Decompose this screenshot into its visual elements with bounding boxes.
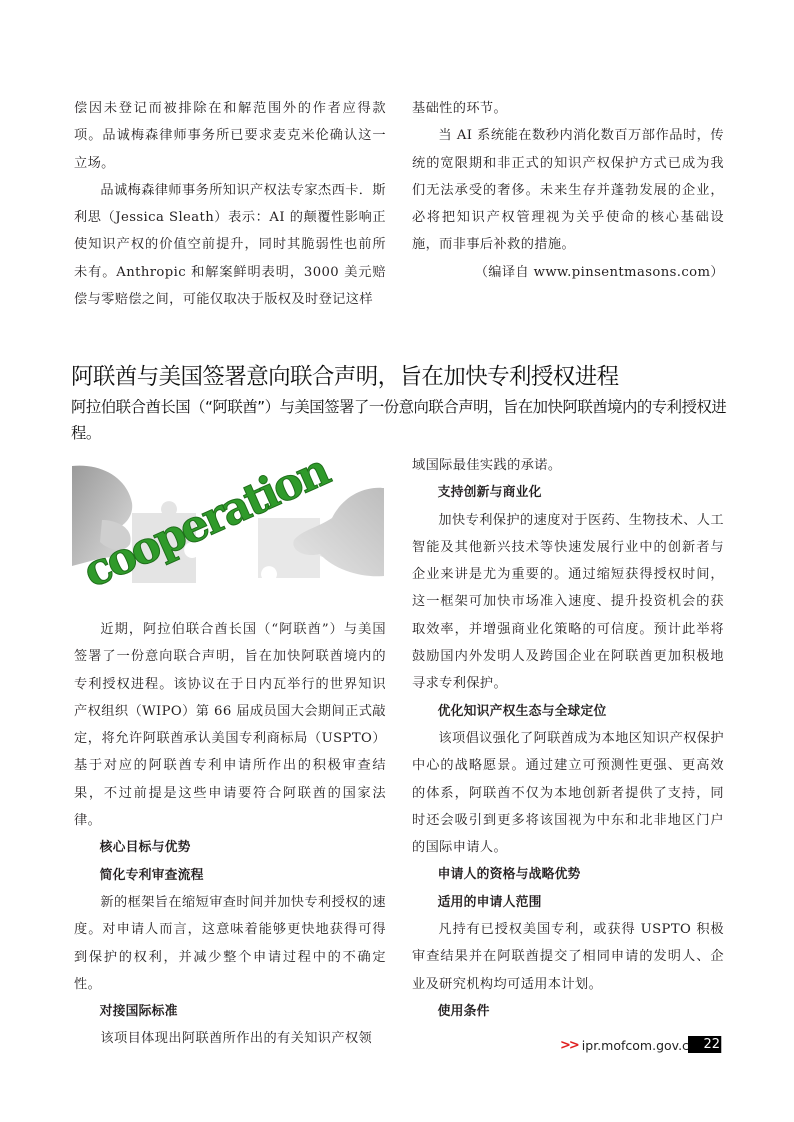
paragraph: 加快专利保护的速度对于医药、生物技术、人工智能及其他新兴技术等快速发展行业中的创… (412, 507, 724, 698)
section-heading: 适用的申请人范围 (412, 889, 724, 916)
paragraph: 近期，阿拉伯联合酋长国（“阿联酋”）与美国签署了一份意向联合声明，旨在加快阿联酋… (74, 616, 386, 834)
cooperation-illustration-icon: cooperation (72, 458, 384, 608)
paragraph: 凡持有已授权美国专利，或获得 USPTO 积极审查结果并在阿联酋提交了相同申请的… (412, 916, 724, 998)
paragraph: 当 AI 系统能在数秒内消化数百万部作品时，传统的宽限期和非正式的知识产权保护方… (412, 122, 724, 258)
source-note: （编译自 www.pinsentmasons.com） (412, 259, 724, 286)
website-link[interactable]: ipr.mofcom.gov.cn (582, 1038, 697, 1053)
section-heading: 对接国际标准 (74, 998, 386, 1025)
section-heading: 优化知识产权生态与全球定位 (412, 698, 724, 725)
page-number: 22 (688, 1036, 722, 1053)
section-heading: 使用条件 (412, 998, 724, 1025)
cooperation-image: cooperation (72, 458, 384, 608)
prev-article-right-column: 基础性的环节。 当 AI 系统能在数秒内消化数百万部作品时，传统的宽限期和非正式… (412, 95, 724, 286)
page-footer: >> ipr.mofcom.gov.cn (560, 1035, 697, 1055)
paragraph: 该项倡议强化了阿联酋成为本地区知识产权保护中心的战略愿景。通过建立可预测性更强、… (412, 725, 724, 861)
paragraph: 基础性的环节。 (412, 95, 724, 122)
article-title: 阿联酋与美国签署意向联合声明，旨在加快专利授权进程 (71, 362, 619, 392)
article-right-column: 域国际最佳实践的承诺。 支持创新与商业化 加快专利保护的速度对于医药、生物技术、… (412, 452, 724, 1025)
double-chevron-right-icon: >> (560, 1038, 578, 1053)
section-heading: 支持创新与商业化 (412, 479, 724, 506)
section-heading: 简化专利审查流程 (74, 862, 386, 889)
section-heading: 核心目标与优势 (74, 834, 386, 861)
paragraph: 域国际最佳实践的承诺。 (412, 452, 724, 479)
prev-article-left-column: 偿因未登记而被排除在和解范围外的作者应得款项。品诚梅森律师事务所已要求麦克米伦确… (74, 95, 386, 313)
article-subtitle: 阿拉伯联合酋长国（“阿联酋”）与美国签署了一份意向联合声明，旨在加快阿联酋境内的… (71, 394, 731, 446)
paragraph: 偿因未登记而被排除在和解范围外的作者应得款项。品诚梅森律师事务所已要求麦克米伦确… (74, 95, 386, 177)
paragraph: 新的框架旨在缩短审查时间并加快专利授权的速度。对申请人而言，这意味着能够更快地获… (74, 889, 386, 998)
paragraph: 该项目体现出阿联酋所作出的有关知识产权领 (74, 1025, 386, 1052)
paragraph: 品诚梅森律师事务所知识产权法专家杰西卡．斯利思（Jessica Sleath）表… (74, 177, 386, 313)
article-left-column: 近期，阿拉伯联合酋长国（“阿联酋”）与美国签署了一份意向联合声明，旨在加快阿联酋… (74, 616, 386, 1053)
section-heading: 申请人的资格与战略优势 (412, 861, 724, 888)
